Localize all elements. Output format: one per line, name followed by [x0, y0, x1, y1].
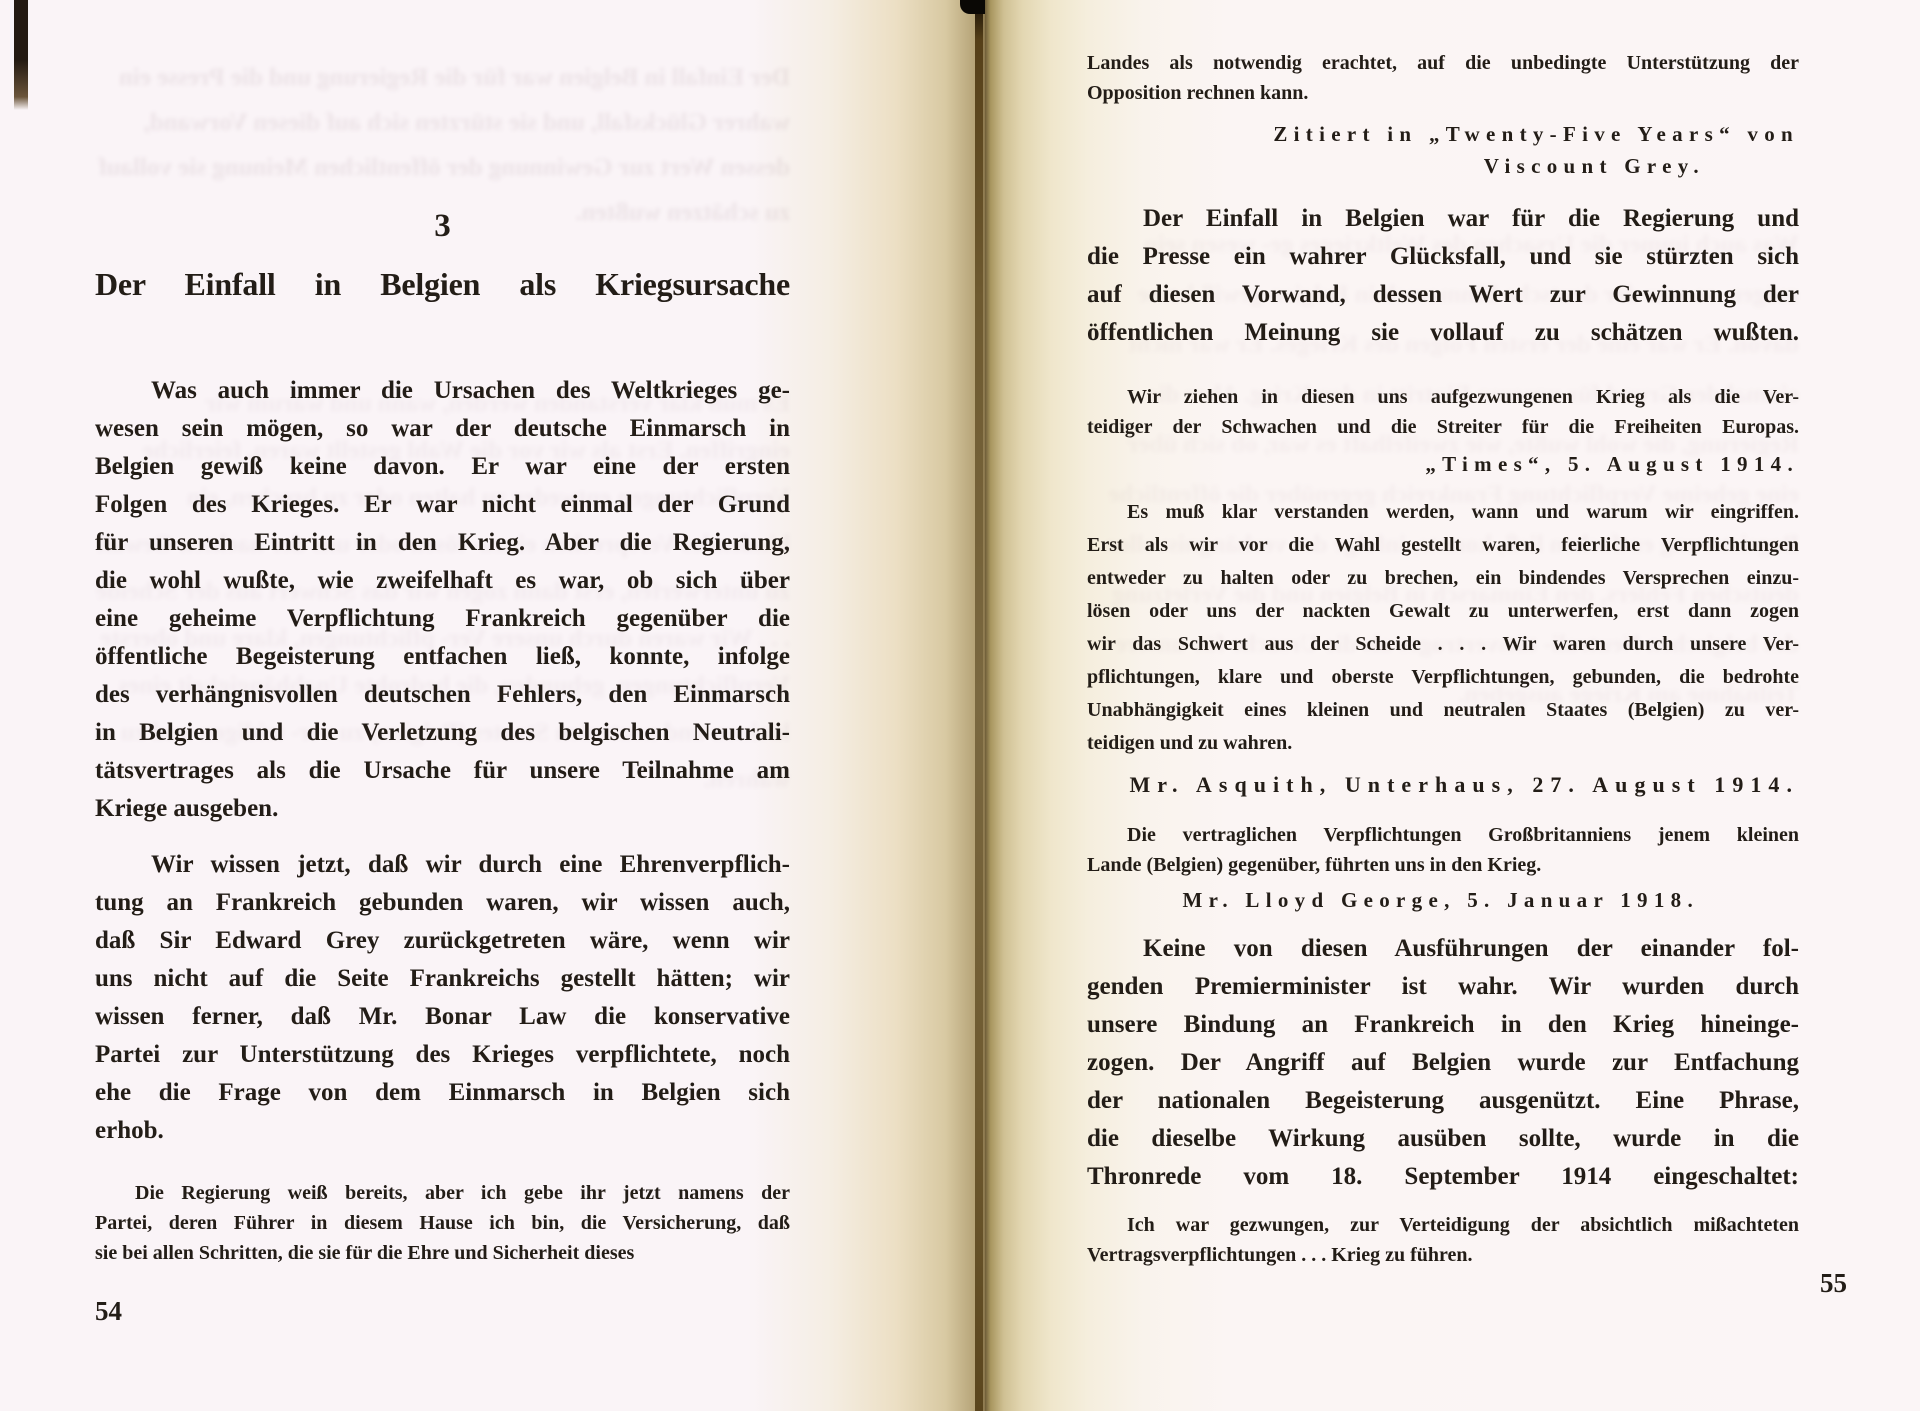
chapter-heading: Der Einfall in Belgien als Kriegsursache	[95, 266, 790, 303]
text-line: sie bei allen Schritten, die sie für die…	[95, 1238, 790, 1268]
ghost-bleedthrough-text: Der Einfall in Belgien war für die Regie…	[95, 55, 790, 295]
book-gutter-shadow	[975, 0, 983, 1411]
right-page: Was auch immer die Ursachen des Weltkrie…	[985, 0, 1920, 1411]
text-line: Lande (Belgien) gegenüber, führten uns i…	[1087, 850, 1799, 880]
text-line: genden Premierminister ist wahr. Wir wur…	[1087, 968, 1799, 1006]
text-line: Vertragsverpflichtungen . . . Krieg zu f…	[1087, 1240, 1799, 1270]
text-line: Partei, deren Führer in diesem Hause ich…	[95, 1208, 790, 1238]
text-line: Ich war gezwungen, zur Verteidigung der …	[1087, 1210, 1799, 1240]
paragraph: Wir wissen jetzt, daß wir durch eine Ehr…	[95, 846, 790, 1150]
text-line: pflichtungen, klare und oberste Verpflic…	[1087, 661, 1799, 694]
chapter-number: 3	[95, 208, 790, 245]
text-line: wir das Schwert aus der Scheide . . . Wi…	[1087, 628, 1799, 661]
text-line: auf diesen Vorwand, dessen Wert zur Gewi…	[1087, 276, 1799, 314]
left-page: Der Einfall in Belgien war für die Regie…	[0, 0, 985, 1411]
quote-attribution: „Times“, 5. August 1914.	[1087, 452, 1799, 477]
block-quote: Wir ziehen in diesen uns aufgezwungenen …	[1087, 382, 1799, 442]
page-number: 55	[1087, 1268, 1847, 1299]
text-line: des verhängnisvollen deutschen Fehlers, …	[95, 676, 790, 714]
quote-attribution: Zitiert in „Twenty-Five Years“ von	[1087, 122, 1799, 147]
text-line: uns nicht auf die Seite Frankreichs gest…	[95, 960, 790, 998]
text-line: der nationalen Begeisterung ausgenützt. …	[1087, 1082, 1799, 1120]
text-line: Belgien gewiß keine davon. Er war eine d…	[95, 448, 790, 486]
text-line: Folgen des Krieges. Er war nicht einmal …	[95, 486, 790, 524]
scan-edge-mark	[14, 0, 28, 110]
text-line: ehe die Frage von dem Einmarsch in Belgi…	[95, 1074, 790, 1112]
text-line: wesen sein mögen, so war der deutsche Ei…	[95, 410, 790, 448]
text-line: Wir wissen jetzt, daß wir durch eine Ehr…	[95, 846, 790, 884]
text-line: Opposition rechnen kann.	[1087, 78, 1799, 108]
text-line: entweder zu halten oder zu brechen, ein …	[1087, 562, 1799, 595]
text-line: die wohl wußte, wie zweifelhaft es war, …	[95, 562, 790, 600]
block-quote-continuation: Landes als notwendig erachtet, auf die u…	[1087, 48, 1799, 108]
text-line: teidiger der Schwachen und die Streiter …	[1087, 412, 1799, 442]
text-line: Die vertraglichen Verpflichtungen Großbr…	[1087, 820, 1799, 850]
book-spread: Der Einfall in Belgien war für die Regie…	[0, 0, 1920, 1411]
text-line: die dieselbe Wirkung ausüben sollte, wur…	[1087, 1120, 1799, 1158]
text-line: Die Regierung weiß bereits, aber ich geb…	[95, 1178, 790, 1208]
text-line: lösen oder uns der nackten Gewalt zu unt…	[1087, 595, 1799, 628]
text-line: eine geheime Verpflichtung Frankreich ge…	[95, 600, 790, 638]
text-line: Wir ziehen in diesen uns aufgezwungenen …	[1087, 382, 1799, 412]
text-line: tung an Frankreich gebunden waren, wir w…	[95, 884, 790, 922]
text-line: Partei zur Unterstützung des Krieges ver…	[95, 1036, 790, 1074]
text-line: erhob.	[95, 1112, 790, 1150]
text-line: öffentlichen Meinung sie vollauf zu schä…	[1087, 314, 1799, 352]
text-line: Der Einfall in Belgien war für die Regie…	[1087, 200, 1799, 238]
text-line: daß Sir Edward Grey zurückgetreten wäre,…	[95, 922, 790, 960]
text-line: Unabhängigkeit eines kleinen und neutral…	[1087, 694, 1799, 727]
page-number: 54	[95, 1296, 122, 1327]
text-line: die Presse ein wahrer Glücksfall, und si…	[1087, 238, 1799, 276]
paragraph: Keine von diesen Ausführungen der einand…	[1087, 930, 1799, 1196]
paragraph: Was auch immer die Ursachen des Weltkrie…	[95, 372, 790, 828]
block-quote: Die vertraglichen Verpflichtungen Großbr…	[1087, 820, 1799, 880]
text-line: in Belgien und die Verletzung des belgis…	[95, 714, 790, 752]
text-line: Erst als wir vor die Wahl gestellt waren…	[1087, 529, 1799, 562]
quote-attribution: Mr. Asquith, Unterhaus, 27. August 1914.	[1087, 772, 1799, 798]
text-line: Es muß klar verstanden werden, wann und …	[1087, 496, 1799, 529]
quote-attribution: Mr. Lloyd George, 5. Januar 1918.	[1087, 888, 1699, 913]
text-line: Keine von diesen Ausführungen der einand…	[1087, 930, 1799, 968]
text-line: für unseren Eintritt in den Krieg. Aber …	[95, 524, 790, 562]
text-line: tätsvertrages als die Ursache für unsere…	[95, 752, 790, 790]
quote-attribution: Viscount Grey.	[1087, 154, 1705, 179]
text-line: Kriege ausgeben.	[95, 790, 790, 828]
text-line: Landes als notwendig erachtet, auf die u…	[1087, 48, 1799, 78]
text-line: Thronrede vom 18. September 1914 eingesc…	[1087, 1158, 1799, 1196]
text-line: teidigen und zu wahren.	[1087, 727, 1799, 760]
text-line: unsere Bindung an Frankreich in den Krie…	[1087, 1006, 1799, 1044]
block-quote: Es muß klar verstanden werden, wann und …	[1087, 496, 1799, 760]
text-line: zogen. Der Angriff auf Belgien wurde zur…	[1087, 1044, 1799, 1082]
text-line: öffentliche Begeisterung entfachen ließ,…	[95, 638, 790, 676]
paragraph: Der Einfall in Belgien war für die Regie…	[1087, 200, 1799, 352]
block-quote: Ich war gezwungen, zur Verteidigung der …	[1087, 1210, 1799, 1270]
block-quote: Die Regierung weiß bereits, aber ich geb…	[95, 1178, 790, 1268]
text-line: Was auch immer die Ursachen des Weltkrie…	[95, 372, 790, 410]
text-line: wissen ferner, daß Mr. Bonar Law die kon…	[95, 998, 790, 1036]
